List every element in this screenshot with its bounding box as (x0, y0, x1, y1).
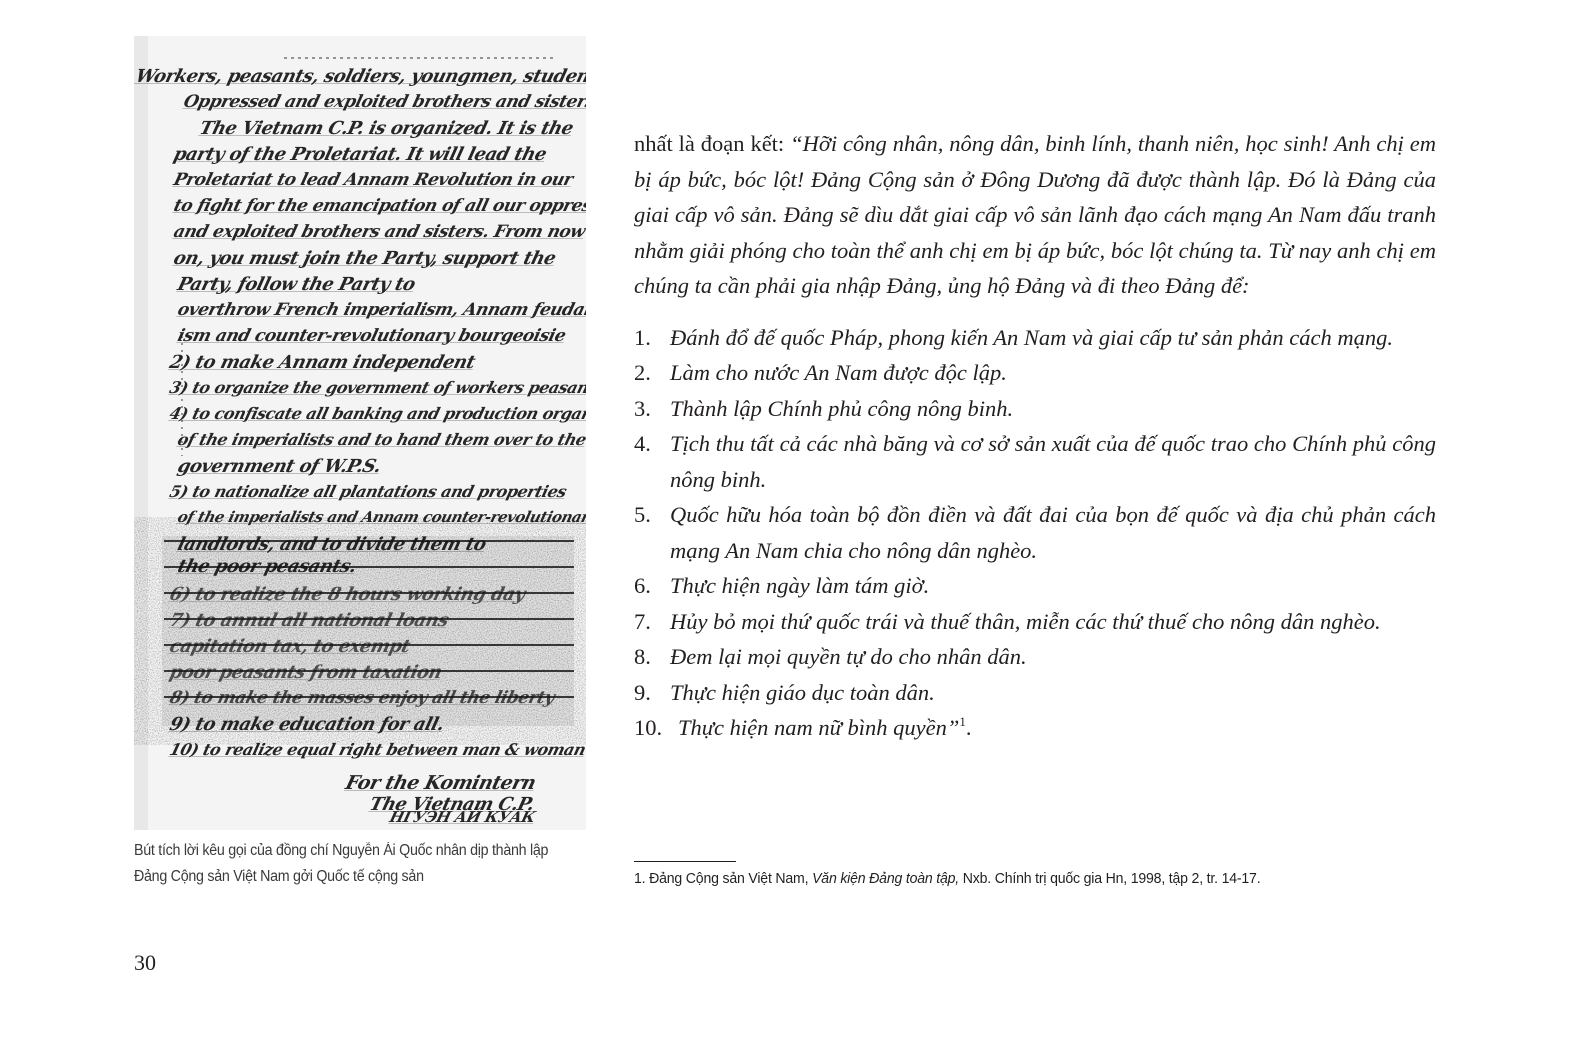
manuscript-line: 10) to realize equal right between man &… (168, 740, 586, 759)
footnote-source-title: Văn kiện Đảng toàn tập, (812, 870, 959, 887)
figure-caption: Bút tích lời kêu gọi của đồng chí Nguyễn… (134, 838, 557, 890)
list-item: 10.Thực hiện nam nữ bình quyền”1. (634, 710, 1436, 746)
footnote-prefix: 1. Đảng Cộng sản Việt Nam, (634, 870, 812, 887)
list-item-text: Hủy bỏ mọi thứ quốc trái và thuế thân, m… (670, 609, 1381, 634)
manuscript-line: 4) to confiscate all banking and product… (168, 404, 586, 423)
manuscript-line: 8) to make the masses enjoy all the libe… (168, 688, 557, 708)
list-number: 2. (634, 355, 651, 391)
manuscript-line: Party, follow the Party to (175, 274, 417, 295)
manuscript-signature-line: For the Komintern (343, 772, 538, 794)
manuscript-line: to fight for the emancipation of all our… (172, 196, 586, 216)
list-item: 4.Tịch thu tất cả các nhà băng và cơ sở … (634, 426, 1436, 497)
footnote-suffix: Nxb. Chính trị quốc gia Hn, 1998, tập 2,… (959, 870, 1260, 887)
caption-line-1: Bút tích lời kêu gọi của đồng chí Nguyễn… (134, 838, 557, 864)
list-item-text: Thực hiện ngày làm tám giờ. (670, 573, 929, 598)
manuscript-line: landlords, and to divide them to (175, 534, 488, 555)
list-item-text: Đem lại mọi quyền tự do cho nhân dân. (670, 644, 1027, 669)
list-item: 2.Làm cho nước An Nam được độc lập. (634, 355, 1436, 391)
list-number: 3. (634, 391, 651, 427)
list-item-text: Đánh đổ đế quốc Pháp, phong kiến An Nam … (670, 325, 1393, 350)
list-number: 7. (634, 604, 651, 640)
list-item: 8.Đem lại mọi quyền tự do cho nhân dân. (634, 639, 1436, 675)
list-item-text: Thành lập Chính phủ công nông binh. (670, 396, 1013, 421)
list-item: 6.Thực hiện ngày làm tám giờ. (634, 568, 1436, 604)
list-item: 1.Đánh đổ đế quốc Pháp, phong kiến An Na… (634, 320, 1436, 356)
page-number: 30 (134, 950, 156, 976)
manuscript-line: of the imperialists and to hand them ove… (176, 430, 586, 449)
list-item: 9.Thực hiện giáo dục toàn dân. (634, 675, 1436, 711)
manuscript-line: 2) to make Annam independent (167, 352, 477, 373)
manuscript-line: 7) to annul all national loans (167, 610, 450, 631)
footnote-divider (634, 861, 736, 862)
manuscript-line: capitation tax, to exempt (167, 636, 412, 657)
manuscript-line: Oppressed and exploited brothers and sis… (182, 92, 586, 112)
manuscript-line: on, you must join the Party, support the (171, 248, 557, 269)
list-number: 1. (634, 320, 651, 356)
body-text: nhất là đoạn kết: “Hỡi công nhân, nông d… (634, 126, 1436, 746)
list-item-text: Làm cho nước An Nam được độc lập. (670, 360, 1007, 385)
list-item-text: Thực hiện giáo dục toàn dân. (670, 680, 935, 705)
list-item-text: Thực hiện nam nữ bình quyền” (678, 715, 959, 740)
list-item-trailing: . (966, 715, 972, 740)
manuscript-line: the poor peasants. (175, 556, 358, 577)
manuscript-line: Proletariat to lead Annam Revolution in … (172, 170, 575, 190)
list-number: 9. (634, 675, 651, 711)
footnote: 1. Đảng Cộng sản Việt Nam, Văn kiện Đảng… (634, 870, 1260, 887)
manuscript-line: of the imperialists and Annam counter-re… (176, 508, 586, 526)
manuscript-line: and exploited brothers and sisters. From… (172, 222, 586, 242)
manuscript-image: Workers, peasants, soldiers, youngmen, s… (134, 36, 586, 830)
list-item-text: Tịch thu tất cả các nhà băng và cơ sở sả… (670, 431, 1436, 492)
intro-paragraph: nhất là đoạn kết: “Hỡi công nhân, nông d… (634, 126, 1436, 304)
list-item: 5.Quốc hữu hóa toàn bộ đồn điền và đất đ… (634, 497, 1436, 568)
manuscript-line: 6) to realize the 8 hours working day (167, 584, 527, 605)
intro-text: nhất là đoạn kết: (634, 131, 790, 156)
manuscript-line: The Vietnam C.P. is organized. It is the (197, 118, 575, 139)
list-number: 5. (634, 497, 651, 533)
list-number: 8. (634, 639, 651, 675)
manuscript-line: 3) to organize the government of workers… (168, 378, 586, 397)
manuscript-line: Workers, peasants, soldiers, youngmen, s… (134, 66, 586, 87)
manuscript-line: ism and counter-revolutionary bourgeoisi… (176, 326, 568, 346)
manuscript-line: 5) to nationalize all plantations and pr… (168, 482, 569, 501)
manuscript-line: overthrow French imperialism, Annam feud… (176, 300, 586, 320)
list-number: 6. (634, 568, 651, 604)
quote-text: “Hỡi công nhân, nông dân, binh lính, tha… (634, 131, 1436, 298)
caption-line-2: Đảng Cộng sản Việt Nam gởi Quốc tế cộng … (134, 864, 557, 890)
manuscript-line: party of the Proletariat. It will lead t… (171, 144, 548, 165)
manuscript-line: government of W.P.S. (175, 456, 383, 477)
manuscript-line: poor peasants from taxation (167, 662, 444, 683)
manuscript-signature: НГУЭН АЙ КУАК (388, 808, 537, 826)
demands-list: 1.Đánh đổ đế quốc Pháp, phong kiến An Na… (634, 320, 1436, 746)
list-number: 4. (634, 426, 651, 462)
list-number: 10. (634, 710, 662, 746)
list-item: 7.Hủy bỏ mọi thứ quốc trái và thuế thân,… (634, 604, 1436, 640)
manuscript-line: 9) to make education for all. (167, 714, 446, 735)
list-item: 3.Thành lập Chính phủ công nông binh. (634, 391, 1436, 427)
list-item-text: Quốc hữu hóa toàn bộ đồn điền và đất đai… (670, 502, 1436, 563)
